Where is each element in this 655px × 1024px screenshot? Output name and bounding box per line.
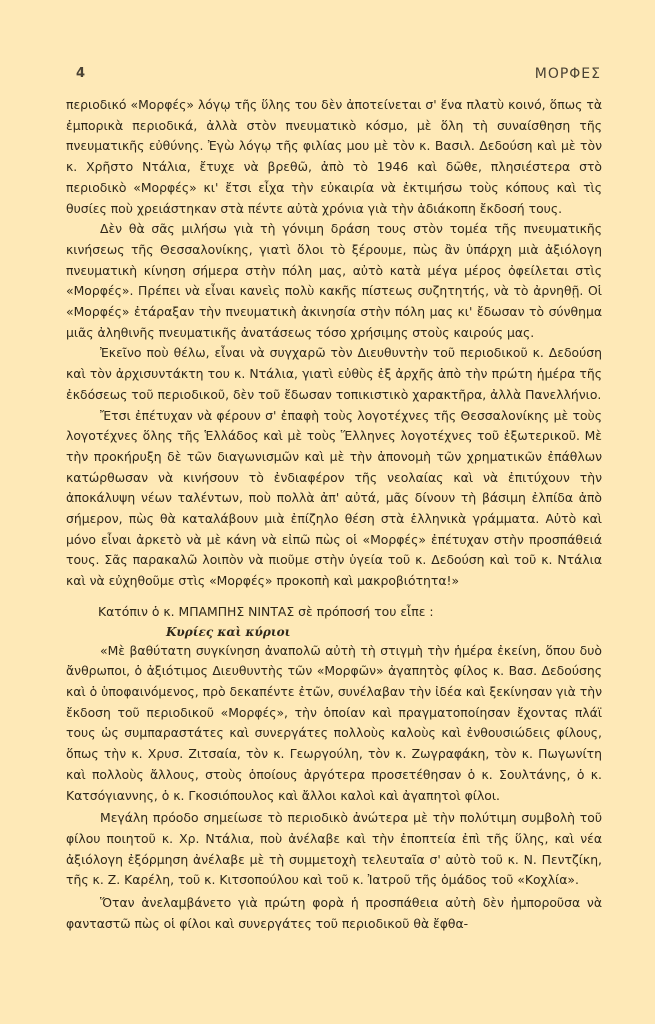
paragraph: Ἔτσι ἐπέτυχαν νὰ φέρουν σ' ἐπαφὴ τοὺς λο… xyxy=(66,406,602,592)
paragraph: Ἐκεῖνο ποὺ θέλω, εἶναι νὰ συγχαρῶ τὸν Δι… xyxy=(66,343,602,405)
running-head: 4 ΜΟΡΦΕΣ xyxy=(76,66,601,86)
speech-paragraph: Μεγάλη πρόοδο σημείωσε τὸ περιοδικὸ ἀνώτ… xyxy=(66,808,602,891)
speaker-announcement: Κατόπιν ὁ κ. ΜΠΑΜΠΗΣ ΝΙΝΤΑΣ σὲ πρόποσή τ… xyxy=(66,602,602,623)
paragraph-continuation: περιοδικό «Μορφές» λόγῳ τῆς ὕλης του δὲν… xyxy=(66,95,602,219)
journal-title: ΜΟΡΦΕΣ xyxy=(535,66,601,82)
magazine-page: 4 ΜΟΡΦΕΣ περιοδικό «Μορφές» λόγῳ τῆς ὕλη… xyxy=(0,0,655,1024)
speech-paragraph: Ὅταν ἀνελαμβάνετο γιὰ πρώτη φορὰ ἡ προσπ… xyxy=(66,893,602,934)
paragraph: Δὲν θὰ σᾶς μιλήσω γιὰ τὴ γόνιμη δράση το… xyxy=(66,219,602,343)
article-body: περιοδικό «Μορφές» λόγῳ τῆς ὕλης του δὲν… xyxy=(66,95,602,934)
speech-paragraph: «Μὲ βαθύτατη συγκίνηση ἀναπολῶ αὐτὴ τὴ σ… xyxy=(66,641,602,807)
salutation: Κυρίες καὶ κύριοι xyxy=(66,623,602,641)
page-number: 4 xyxy=(76,66,85,81)
